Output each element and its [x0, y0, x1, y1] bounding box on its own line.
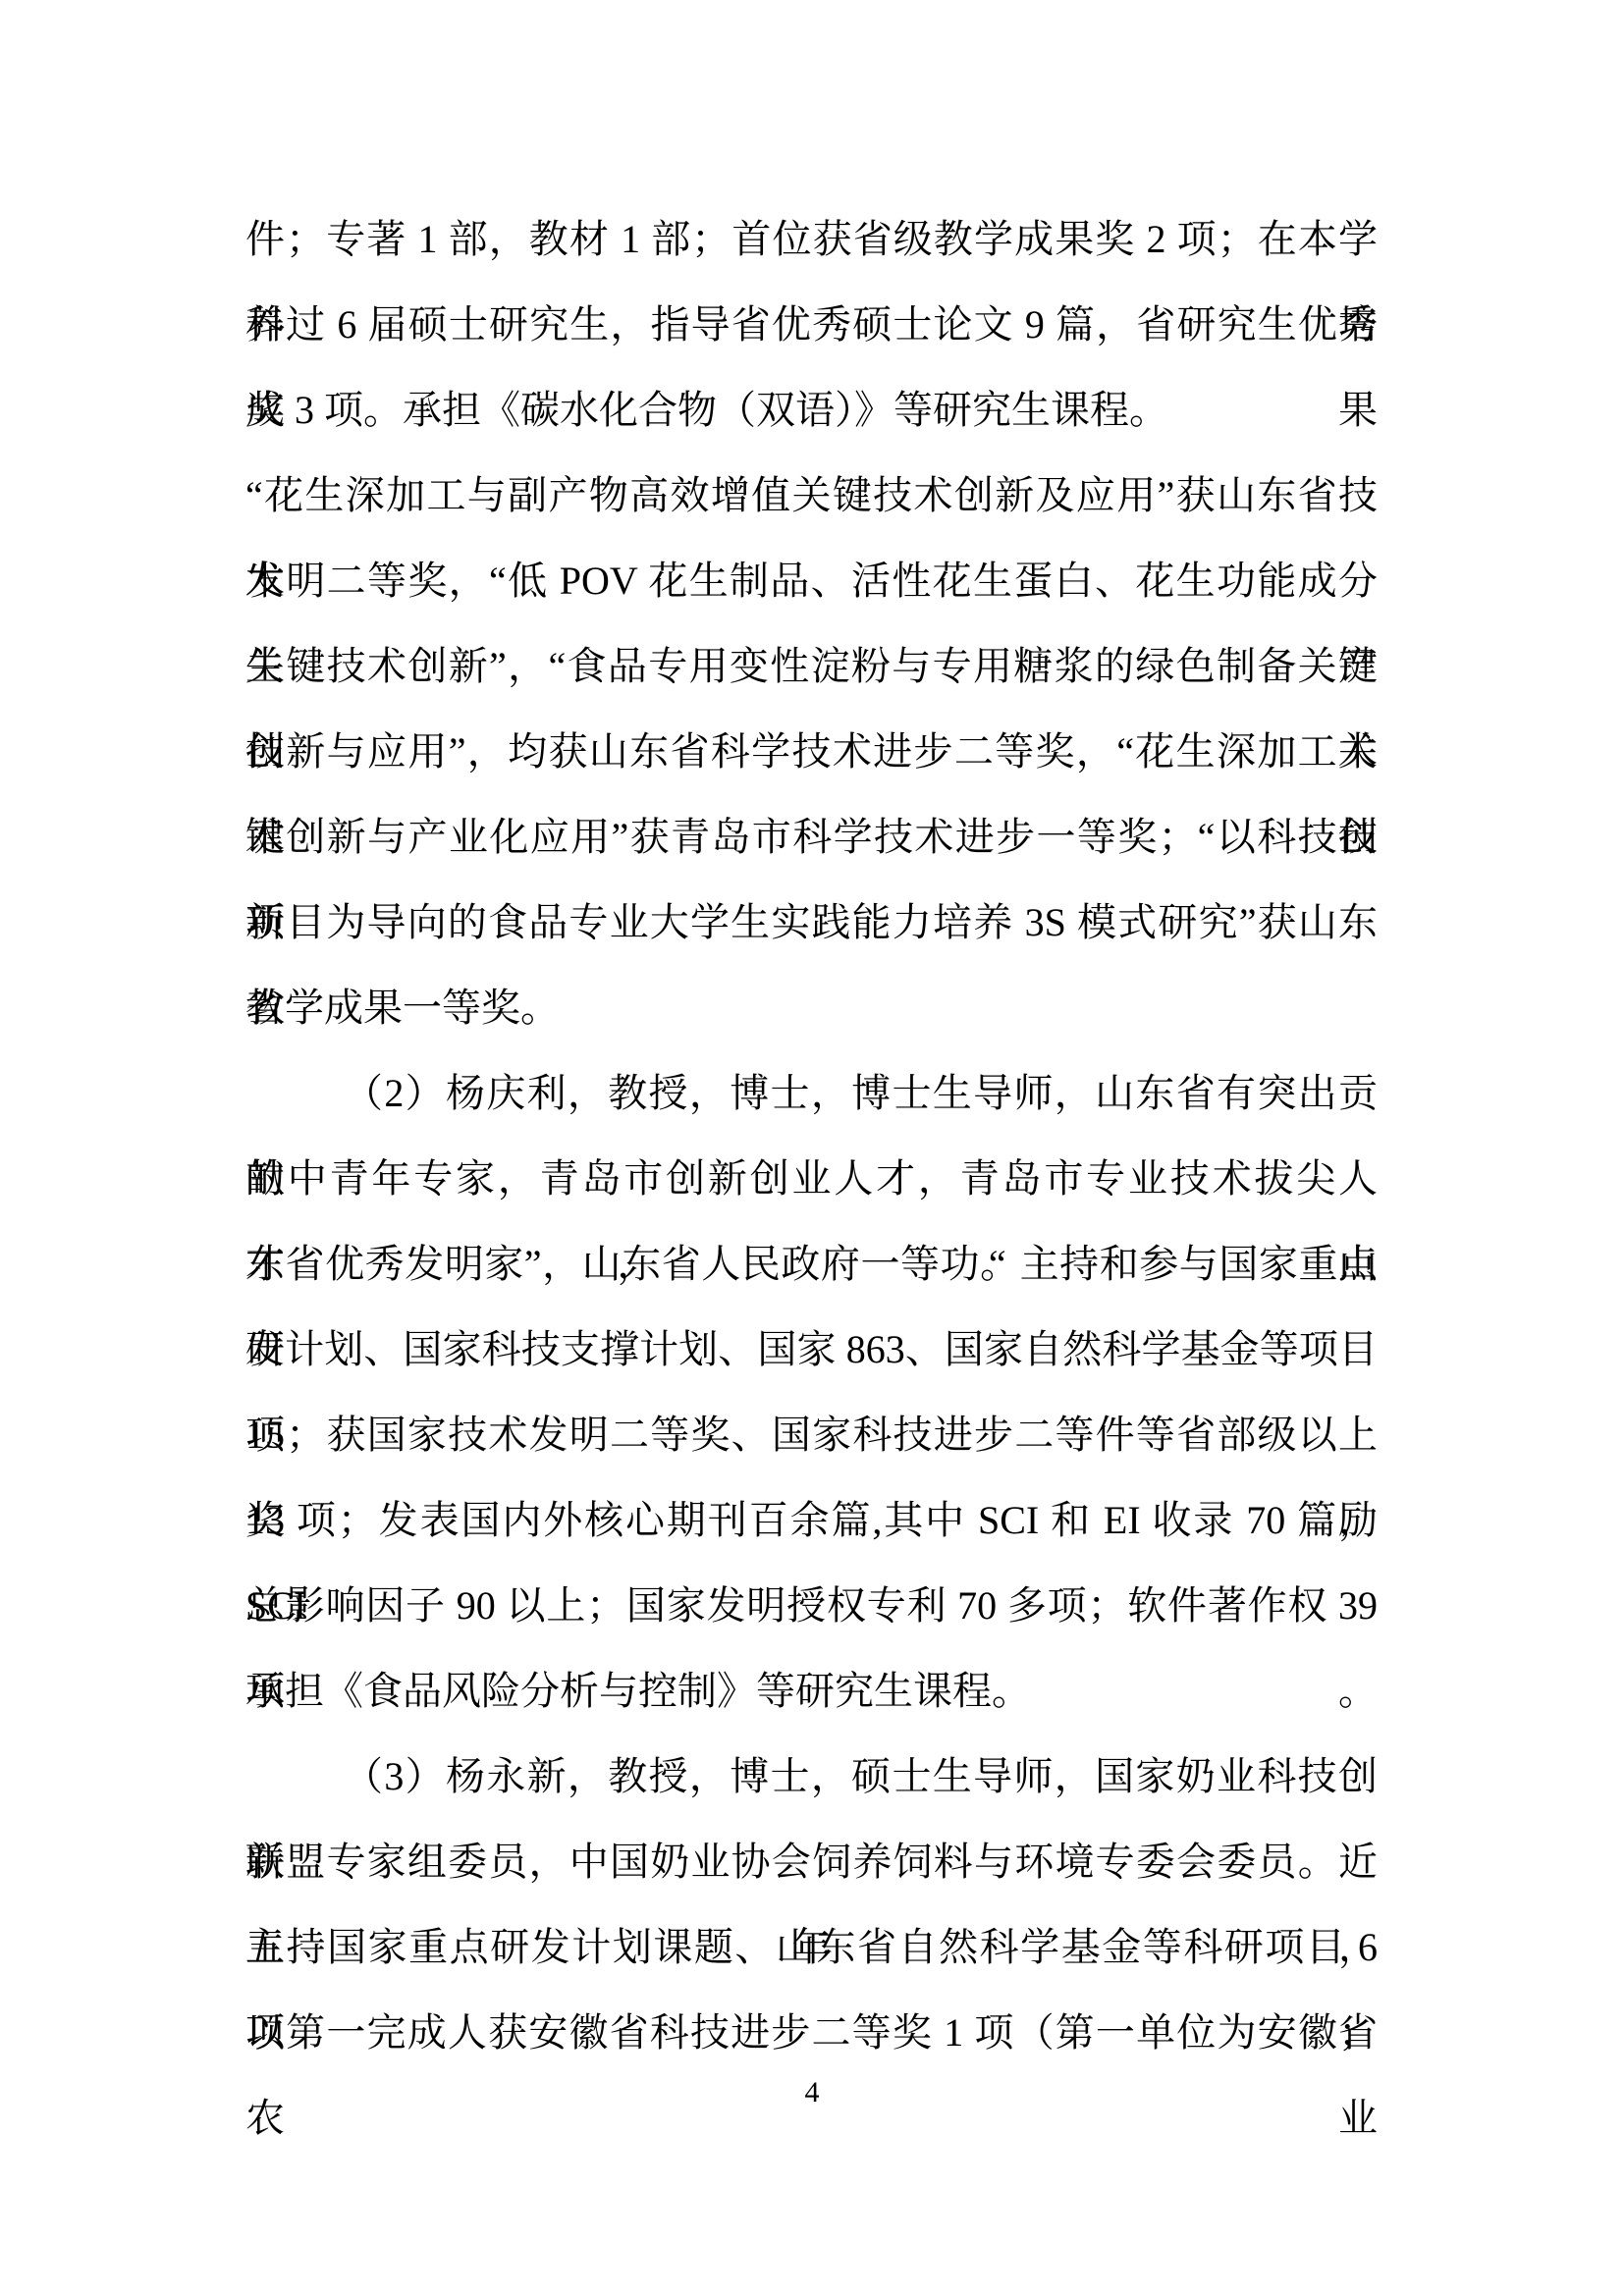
- text-line: 13 项；发表国内外核心期刊百余篇,其中 SCI 和 EI 收录 70 篇，SC…: [245, 1477, 1378, 1563]
- text-line: 发明二等奖，“低 POV 花生制品、活性花生蛋白、花生功能成分生产: [245, 538, 1378, 623]
- text-line: 项目为导向的食品专业大学生实践能力培养 3S 模式研究”获山东省: [245, 880, 1378, 965]
- text-line: 创新与应用”，均获山东省科学技术进步二等奖，“花生深加工关键技: [245, 709, 1378, 794]
- text-line: （3）杨永新，教授，博士，硕士生导师，国家奶业科技创新: [245, 1734, 1378, 1819]
- text-line: 联盟专家组委员，中国奶业协会饲养饲料与环境专委会委员。近五年，: [245, 1819, 1378, 1904]
- text-line: 教学成果一等奖。: [245, 965, 1378, 1050]
- text-line: 以第一完成人获安徽省科技进步二等奖 1 项（第一单位为安徽省农业: [245, 1990, 1378, 2075]
- text-line: 的中青年专家，青岛市创新创业人才，青岛市专业技术拔尖人才，“山: [245, 1136, 1378, 1221]
- text-line: （2）杨庆利，教授，博士，博士生导师，山东省有突出贡献: [245, 1050, 1378, 1136]
- text-line: 项；获国家技术发明二等奖、国家科技进步二等件等省部级以上奖励: [245, 1392, 1378, 1477]
- document-page: 件；专著 1 部，教材 1 部；首位获省级教学成果奖 2 项；在本学科培 养过 …: [0, 0, 1624, 2296]
- text-line: 养过 6 届硕士研究生，指导省优秀硕士论文 9 篇，省研究生优秀成果: [245, 282, 1378, 367]
- text-line: 关键技术创新”，“食品专用变性淀粉与专用糖浆的绿色制备关键技术: [245, 623, 1378, 709]
- text-line: 术创新与产业化应用”获青岛市科学技术进步一等奖；“以科技创新: [245, 794, 1378, 880]
- text-line: 总影响因子 90 以上；国家发明授权专利 70 多项；软件著作权 39 项。: [245, 1563, 1378, 1648]
- page-number: 4: [0, 2073, 1624, 2112]
- text-line: 东省优秀发明家”，山东省人民政府一等功。主持和参与国家重点研: [245, 1221, 1378, 1307]
- text-line: 主持国家重点研发计划课题、山东省自然科学基金等科研项目 6 项；: [245, 1904, 1378, 1990]
- text-line: “花生深加工与副产物高效增值关键技术创新及应用”获山东省技术: [245, 453, 1378, 538]
- text-line: 件；专著 1 部，教材 1 部；首位获省级教学成果奖 2 项；在本学科培: [245, 196, 1378, 282]
- text-line: 发计划、国家科技支撑计划、国家 863、国家自然科学基金等项目 15: [245, 1307, 1378, 1392]
- text-block: 件；专著 1 部，教材 1 部；首位获省级教学成果奖 2 项；在本学科培 养过 …: [245, 196, 1378, 2075]
